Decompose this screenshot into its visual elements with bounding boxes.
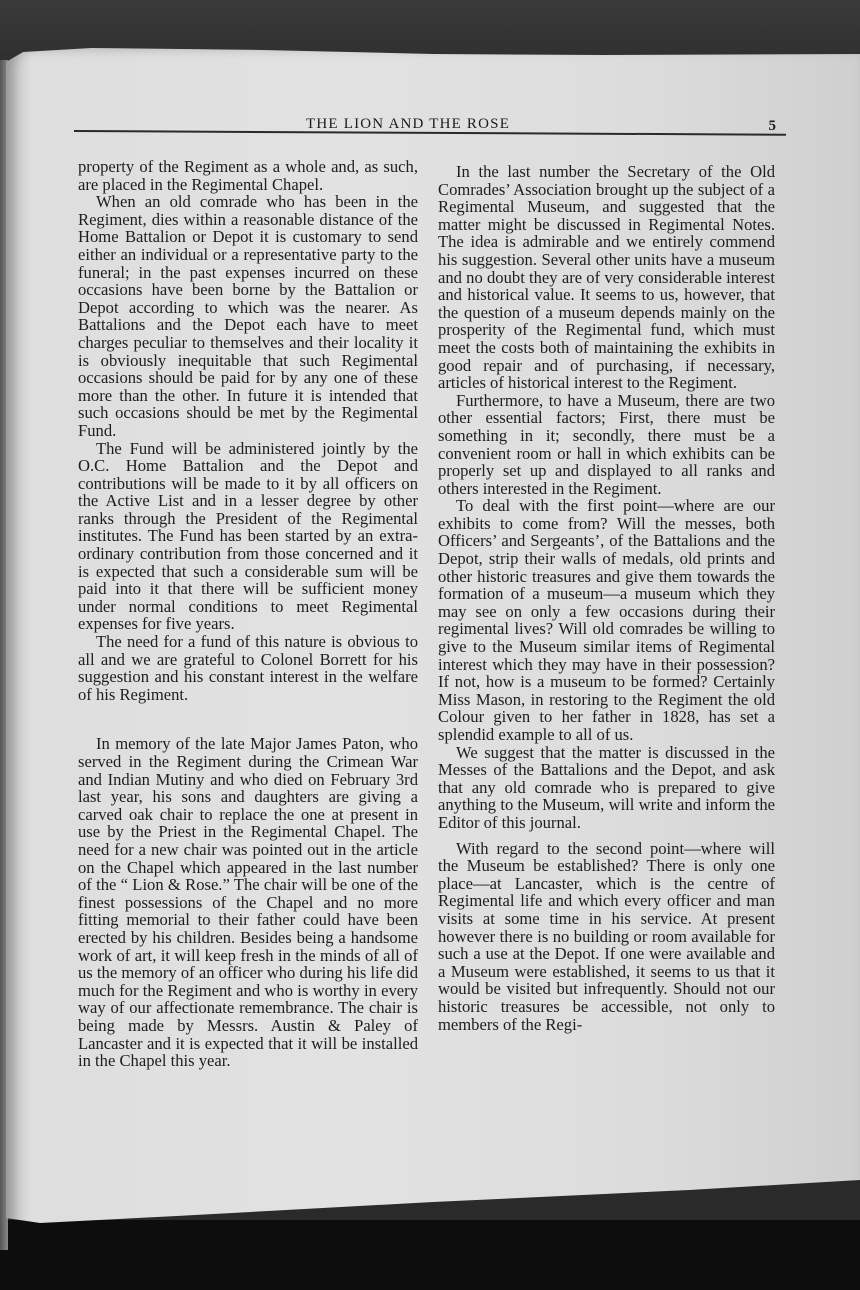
paragraph-messes-suggestion: We suggest that the matter is discussed … [438,744,775,832]
paragraph-essential-factors: Furthermore, to have a Museum, there are… [438,392,775,498]
left-column: property of the Regiment as a whole and,… [78,158,418,1070]
paragraph-regimental-chapel-continuation: property of the Regiment as a whole and,… [78,158,418,193]
background-bottom [0,1220,860,1290]
paragraph-colonel-borrett: The need for a fund of this nature is ob… [78,633,418,703]
paragraph-second-point-location: With regard to the second point—where wi… [438,840,775,1034]
paragraph-major-paton-memorial: In memory of the late Major James Paton,… [78,735,418,1069]
right-column: In the last number the Secretary of the … [438,163,775,1033]
page-number: 5 [769,118,777,135]
paragraph-old-comrade-funeral: When an old comrade who has been in the … [78,193,418,439]
paragraph-regimental-museum: In the last number the Secretary of the … [438,163,775,392]
paragraph-fund-administration: The Fund will be administered jointly by… [78,440,418,634]
paragraph-first-point-exhibits: To deal with the first point—where are o… [438,497,775,743]
